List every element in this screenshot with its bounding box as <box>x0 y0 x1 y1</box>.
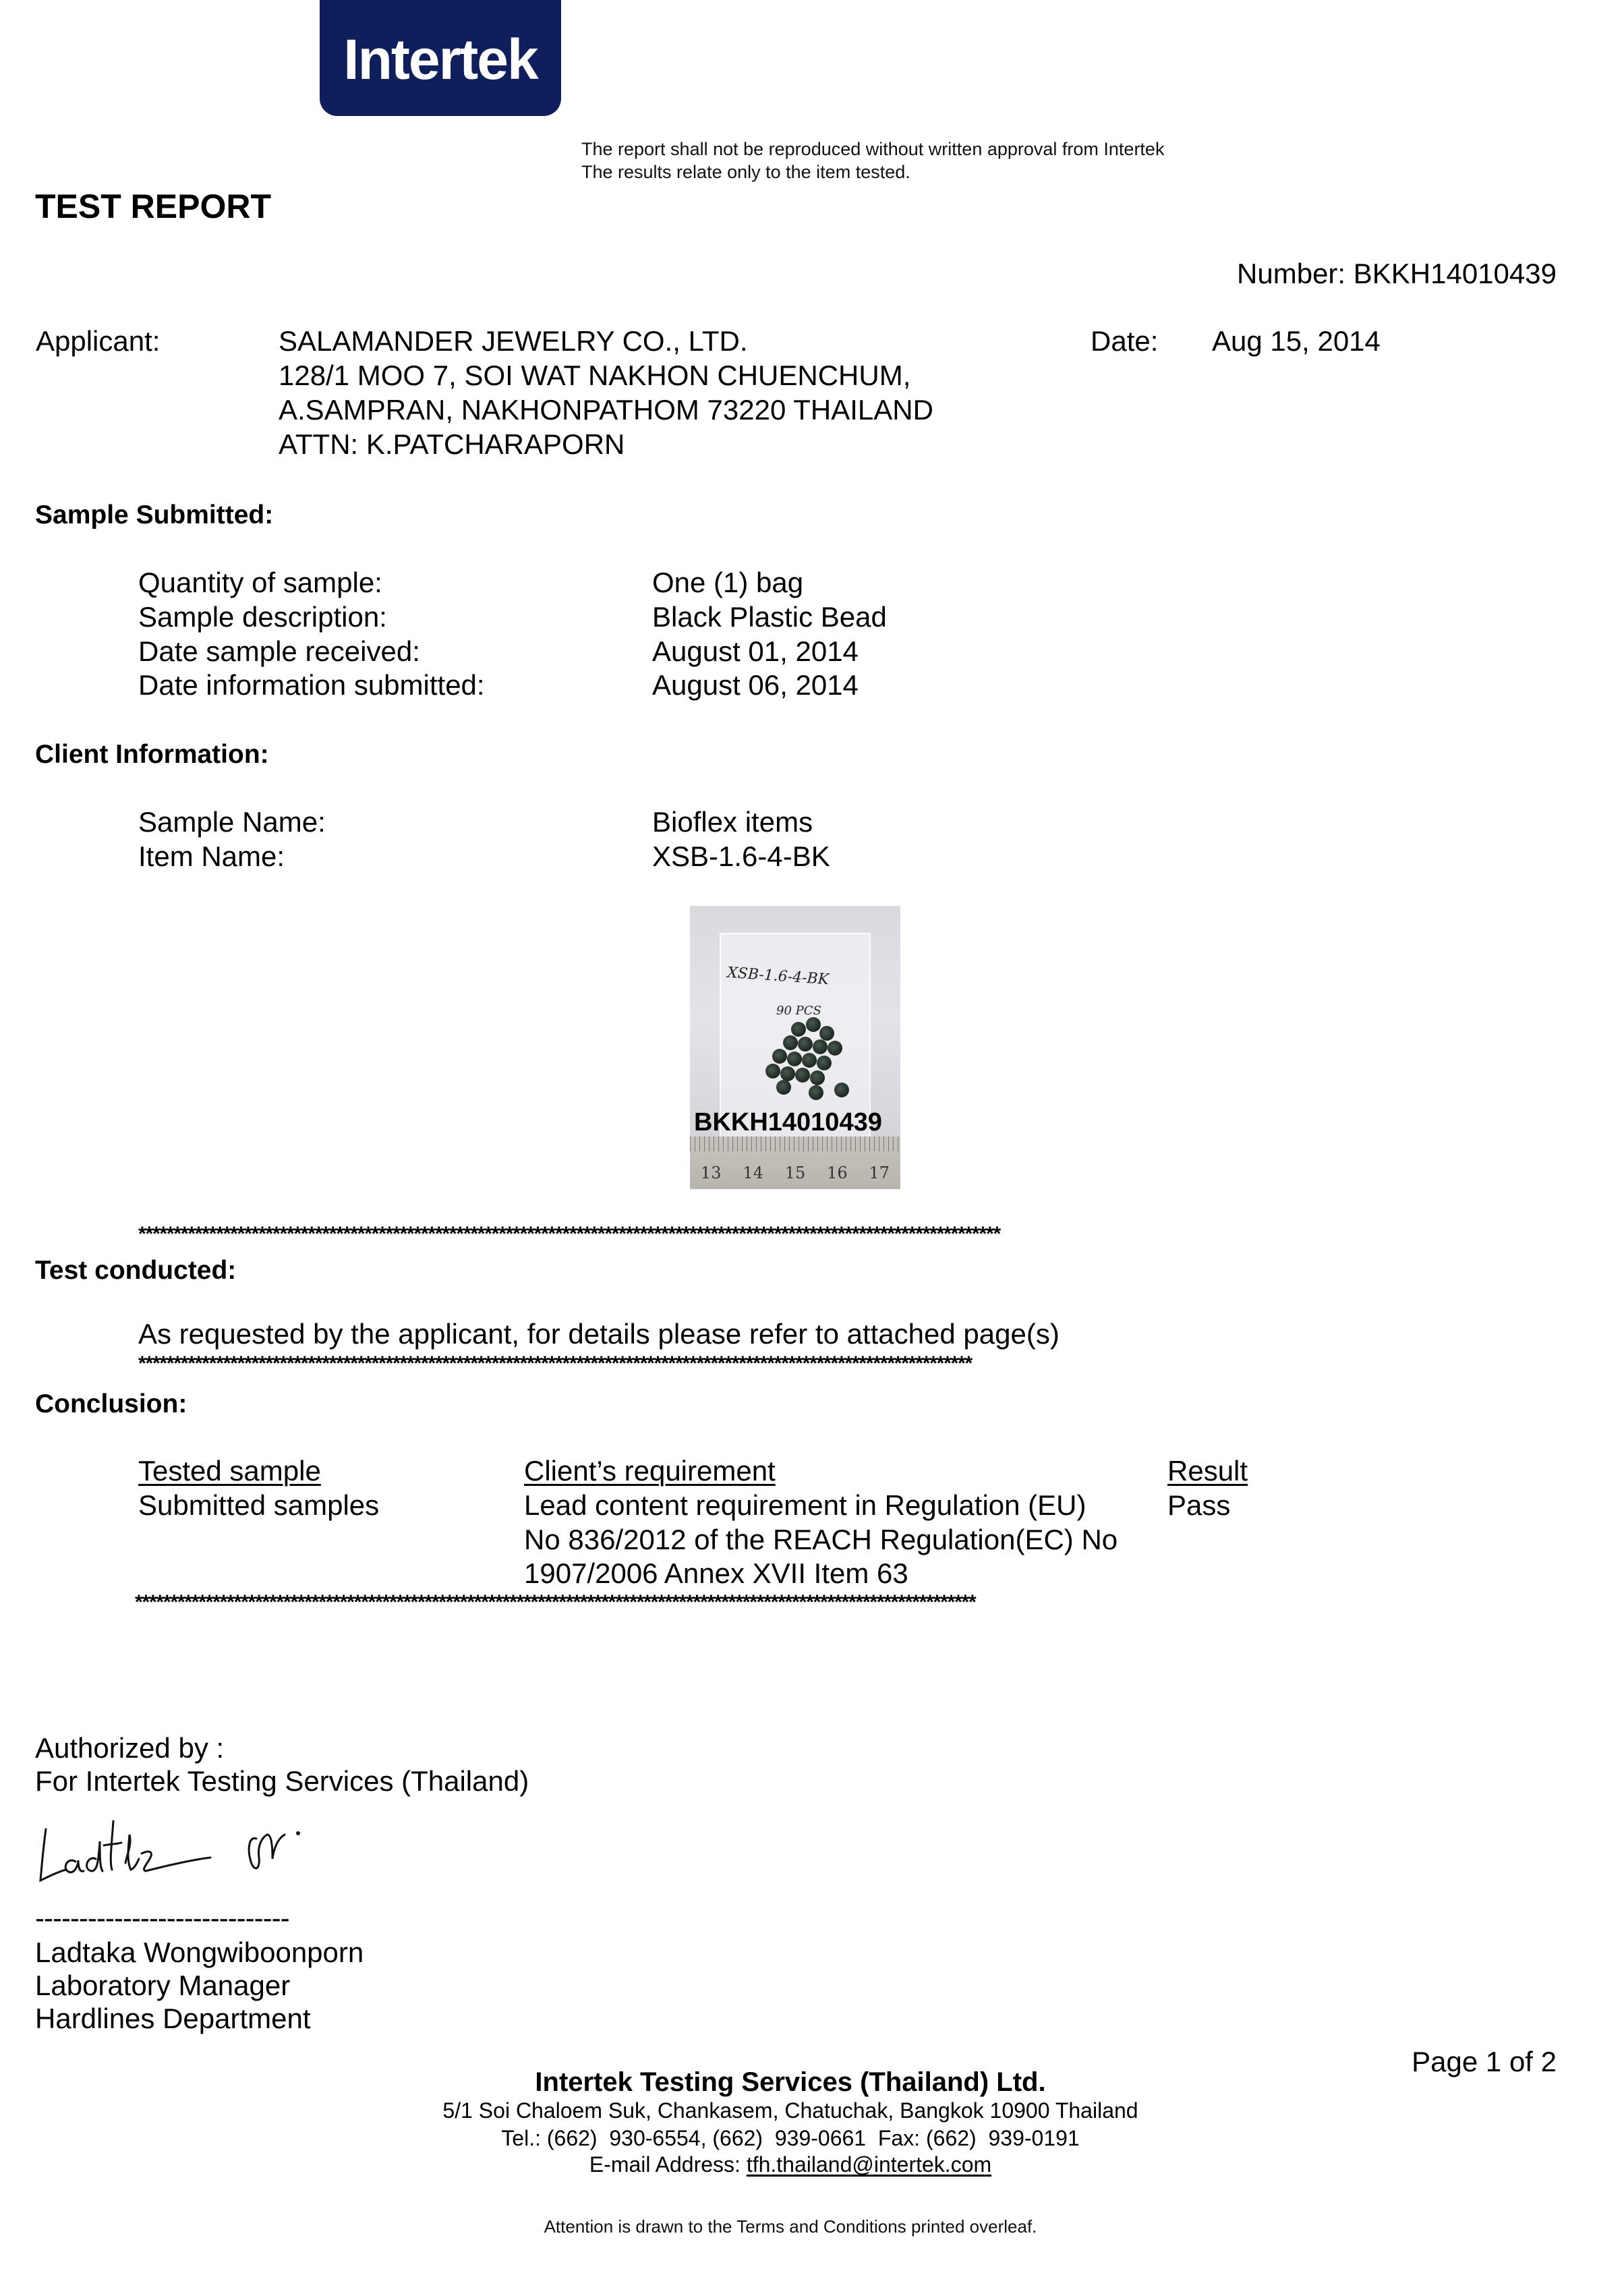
signatory-title: Laboratory Manager <box>35 1972 290 2000</box>
asterisk-separator: ****************************************… <box>138 1224 1514 1244</box>
applicant-name: SALAMANDER JEWELRY CO., LTD. <box>279 327 748 355</box>
bead <box>795 1068 810 1083</box>
description-value: Black Plastic Bead <box>652 603 887 631</box>
date-info-value: August 06, 2014 <box>652 671 859 699</box>
bead <box>819 1026 834 1041</box>
conclusion-heading: Conclusion: <box>35 1391 187 1417</box>
sample-name-value: Bioflex items <box>652 808 813 836</box>
signature <box>34 1814 317 1889</box>
item-name-value: XSB-1.6-4-BK <box>652 842 830 871</box>
quantity-value: One (1) bag <box>652 569 803 597</box>
intertek-logo: Intertek <box>320 0 561 116</box>
column-result: Result <box>1167 1457 1248 1485</box>
ruler-number: 16 <box>827 1163 848 1182</box>
bead <box>810 1070 825 1085</box>
bead <box>783 1035 798 1050</box>
tested-sample-value: Submitted samples <box>138 1491 379 1520</box>
bead <box>791 1022 806 1037</box>
result-value: Pass <box>1167 1491 1230 1520</box>
test-conducted-text: As requested by the applicant, for detai… <box>138 1320 1060 1348</box>
item-name-label: Item Name: <box>138 842 285 871</box>
date-received-label: Date sample received: <box>138 637 420 666</box>
requirement-line-2: No 836/2012 of the REACH Regulation(EC) … <box>524 1526 1118 1554</box>
quantity-label: Quantity of sample: <box>138 569 382 597</box>
footer-company: Intertek Testing Services (Thailand) Ltd… <box>0 2069 1581 2096</box>
asterisk-separator: ****************************************… <box>135 1592 1480 1613</box>
bead <box>780 1066 795 1081</box>
disclaimer-reproduction: The report shall not be reproduced witho… <box>581 140 1164 159</box>
authorized-for-label: For Intertek Testing Services (Thailand) <box>35 1767 529 1795</box>
signatory-department: Hardlines Department <box>35 2005 311 2033</box>
applicant-label: Applicant: <box>36 327 160 355</box>
requirement-line-3: 1907/2006 Annex XVII Item 63 <box>524 1559 908 1588</box>
bead <box>813 1039 828 1054</box>
applicant-attn: ATTN: K.PATCHARAPORN <box>279 430 625 459</box>
bead <box>834 1083 849 1097</box>
bead <box>765 1064 780 1079</box>
date-value: Aug 15, 2014 <box>1212 327 1381 355</box>
test-conducted-heading: Test conducted: <box>35 1257 236 1284</box>
photo-report-code: BKKH14010439 <box>694 1108 882 1137</box>
column-client-requirement: Client’s requirement <box>524 1457 776 1485</box>
asterisk-separator: ****************************************… <box>138 1354 1472 1374</box>
sample-name-label: Sample Name: <box>138 808 326 836</box>
ruler: 13 14 15 16 17 <box>690 1137 900 1189</box>
bead <box>802 1053 817 1068</box>
ruler-number: 14 <box>743 1163 763 1182</box>
footer-address: 5/1 Soi Chaloem Suk, Chankasem, Chatucha… <box>0 2100 1581 2121</box>
bead <box>806 1017 821 1032</box>
bead <box>828 1041 842 1056</box>
ruler-number: 13 <box>701 1163 722 1182</box>
bead <box>772 1049 787 1064</box>
signatory-name: Ladtaka Wongwiboonporn <box>35 1938 364 1967</box>
footer-email-row: E-mail Address: tfh.thailand@intertek.co… <box>0 2154 1581 2175</box>
bead <box>798 1037 813 1052</box>
ruler-number: 17 <box>869 1163 890 1182</box>
bead <box>776 1080 791 1095</box>
disclaimer-results: The results relate only to the item test… <box>581 163 910 181</box>
report-number: Number: BKKH14010439 <box>1237 260 1557 288</box>
ruler-number: 15 <box>785 1163 806 1182</box>
footer-phone: Tel.: (662) 930-6554, (662) 939-0661 Fax… <box>0 2127 1581 2149</box>
applicant-address-1: 128/1 MOO 7, SOI WAT NAKHON CHUENCHUM, <box>279 362 910 390</box>
applicant-address-2: A.SAMPRAN, NAKHONPATHOM 73220 THAILAND <box>279 396 933 424</box>
sample-photo: XSB-1.6-4-BK 90 PCS BKKH14010439 13 14 1… <box>690 906 900 1189</box>
bead <box>809 1085 823 1100</box>
description-label: Sample description: <box>138 603 387 631</box>
footer-attention: Attention is drawn to the Terms and Cond… <box>0 2218 1581 2235</box>
date-label: Date: <box>1091 327 1158 355</box>
bead <box>787 1052 802 1066</box>
signature-line: ----------------------------- <box>35 1904 289 1932</box>
column-tested-sample: Tested sample <box>138 1457 321 1485</box>
authorized-by-label: Authorized by : <box>35 1734 224 1762</box>
date-received-value: August 01, 2014 <box>652 637 859 666</box>
sample-submitted-heading: Sample Submitted: <box>35 502 273 528</box>
bead <box>817 1056 832 1070</box>
footer-email-link[interactable]: tfh.thailand@intertek.com <box>747 2152 991 2177</box>
logo-text: Intertek <box>320 27 561 92</box>
bag-handwritten-qty: 90 PCS <box>776 1004 821 1018</box>
client-information-heading: Client Information: <box>35 741 269 768</box>
requirement-line-1: Lead content requirement in Regulation (… <box>524 1491 1086 1520</box>
page-title: TEST REPORT <box>35 190 271 223</box>
date-info-label: Date information submitted: <box>138 671 485 699</box>
footer-email-label: E-mail Address: <box>589 2152 747 2177</box>
